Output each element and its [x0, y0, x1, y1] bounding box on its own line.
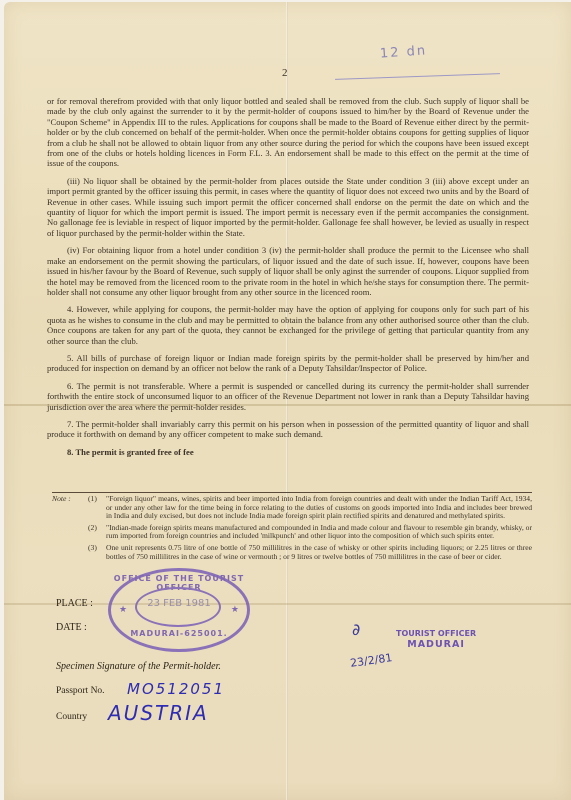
officer-stamp-line2: MADURAI: [396, 639, 476, 650]
note-text: One unit represents 0.75 litre of one bo…: [106, 544, 532, 561]
note-item: (3) One unit represents 0.75 litre of on…: [52, 544, 532, 561]
paragraph-7: 7. The permit-holder shall invariably ca…: [47, 419, 529, 440]
conditions-text: or for removal therefrom provided with t…: [47, 96, 529, 464]
paragraph-8: 8. The permit is granted free of fee: [47, 447, 529, 457]
paragraph-6: 6. The permit is not transferable. Where…: [47, 381, 529, 412]
note-number: (3): [88, 544, 106, 561]
notes-divider: [52, 492, 532, 493]
office-stamp: OFFICE OF THE TOURIST OFFICER 23 FEB 198…: [108, 568, 250, 652]
passport-number: MO512051: [127, 680, 225, 698]
paragraph-iii: (iii) No liquor shall be obtained by the…: [47, 176, 529, 238]
officer-signature: ∂: [352, 620, 360, 639]
paragraph-iv: (iv) For obtaining liquor from a hotel u…: [47, 245, 529, 297]
star-icon: ★: [119, 604, 127, 615]
date-label: DATE :: [56, 622, 87, 633]
stamp-bottom-text: MADURAI-625001.: [111, 629, 247, 638]
note-text: "Foreign liquor" means, wines, spirits a…: [106, 495, 532, 521]
paragraph-5: 5. All bills of purchase of foreign liqu…: [47, 353, 529, 374]
note-text: "Indian-made foreign spirits means manuf…: [106, 524, 532, 541]
signature-label: Specimen Signature of the Permit-holder.: [56, 661, 221, 672]
note-item: Note : (1) "Foreign liquor" means, wines…: [52, 495, 532, 521]
note-number: (1): [88, 495, 106, 521]
tourist-officer-stamp: TOURIST OFFICER MADURAI: [396, 628, 476, 650]
passport-label: Passport No.: [56, 686, 105, 696]
page-number: 2: [282, 67, 288, 79]
officer-stamp-line1: TOURIST OFFICER: [396, 628, 476, 639]
paragraph-continued: or for removal therefrom provided with t…: [47, 96, 529, 169]
country-value: AUSTRIA: [108, 701, 209, 725]
stamp-date: 23 FEB 1981: [111, 598, 247, 609]
country-label: Country: [56, 712, 87, 722]
note-number: (2): [88, 524, 106, 541]
note-item: (2) "Indian-made foreign spirits means m…: [52, 524, 532, 541]
note-label: Note :: [52, 495, 88, 521]
star-icon: ★: [231, 604, 239, 615]
paragraph-4: 4. However, while applying for coupons, …: [47, 304, 529, 346]
notes-section: Note : (1) "Foreign liquor" means, wines…: [52, 495, 532, 564]
place-label: PLACE :: [56, 598, 93, 609]
